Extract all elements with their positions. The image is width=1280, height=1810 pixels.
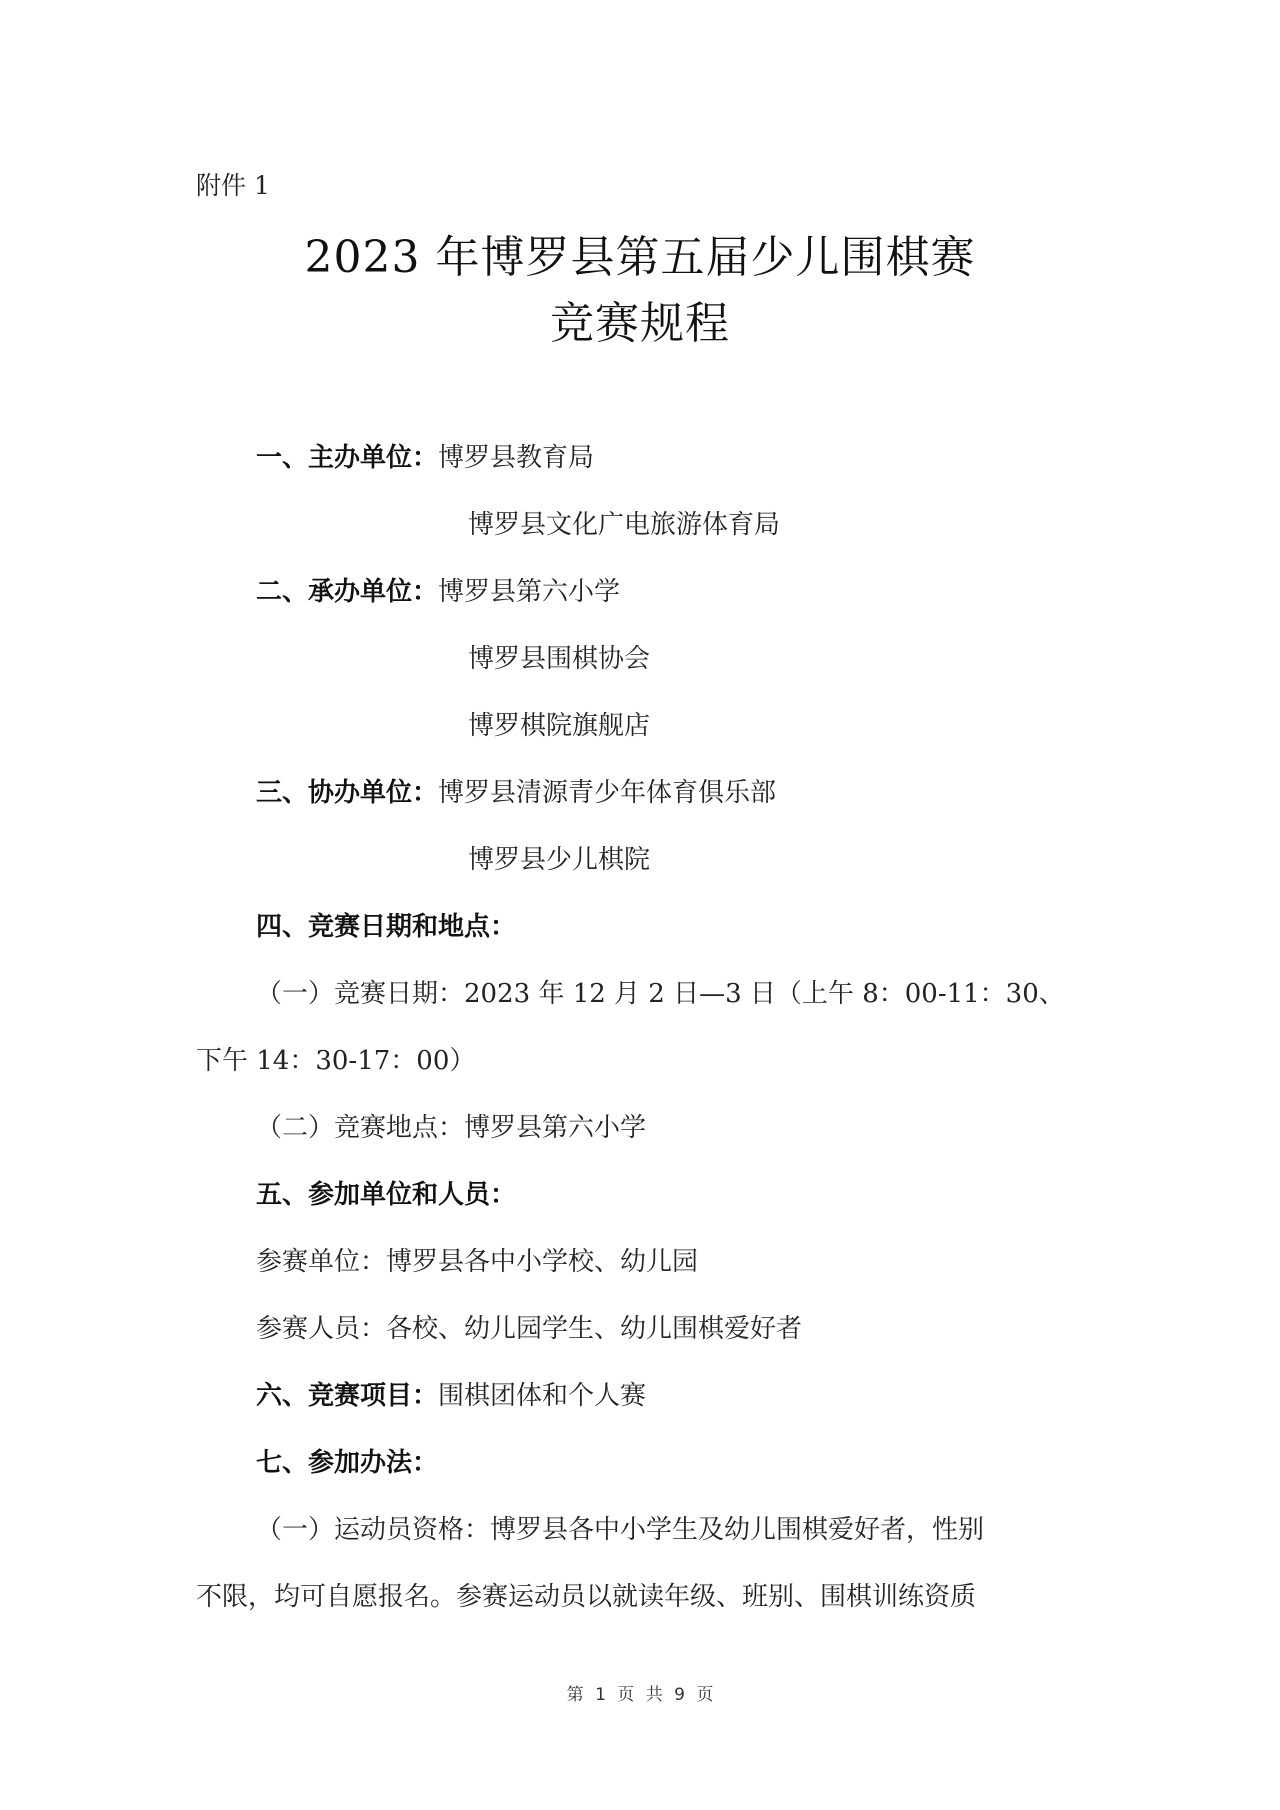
section-1-value-2: 博罗县文化广电旅游体育局	[468, 505, 780, 545]
section-6-heading: 六、竞赛项目：	[256, 1381, 438, 1411]
section-5-units: 参赛单位：博罗县各中小学校、幼儿园	[256, 1242, 698, 1282]
section-2-value-1: 博罗县第六小学	[438, 577, 620, 607]
section-7-para-line-2: 不限，均可自愿报名。参赛运动员以就读年级、班别、围棋训练资质	[196, 1577, 976, 1617]
section-4-date-line-2: 下午 14：30-17：00）	[196, 1041, 475, 1081]
section-2-row: 二、承办单位：博罗县第六小学	[256, 572, 620, 612]
page-number-footer: 第 1 页 共 9 页	[0, 1680, 1280, 1705]
document-title: 2023 年博罗县第五届少儿围棋赛	[0, 228, 1280, 288]
section-2-value-2: 博罗县围棋协会	[468, 639, 650, 679]
section-4-heading: 四、竞赛日期和地点：	[256, 907, 516, 947]
section-2-value-3: 博罗棋院旗舰店	[468, 706, 650, 746]
section-5-people: 参赛人员：各校、幼儿园学生、幼儿围棋爱好者	[256, 1309, 802, 1349]
section-4-venue: （二）竞赛地点：博罗县第六小学	[256, 1108, 646, 1148]
section-3-value-2: 博罗县少儿棋院	[468, 840, 650, 880]
section-1-heading: 一、主办单位：	[256, 443, 438, 473]
section-3-row: 三、协办单位：博罗县清源青少年体育俱乐部	[256, 773, 776, 813]
section-2-heading: 二、承办单位：	[256, 577, 438, 607]
section-1-value-1: 博罗县教育局	[438, 443, 594, 473]
section-3-heading: 三、协办单位：	[256, 778, 438, 808]
section-1-row: 一、主办单位：博罗县教育局	[256, 438, 594, 478]
attachment-label: 附件 1	[196, 168, 270, 204]
section-7-para-line-1: （一）运动员资格：博罗县各中小学生及幼儿围棋爱好者，性别	[256, 1510, 984, 1550]
section-5-heading: 五、参加单位和人员：	[256, 1175, 516, 1215]
section-6-row: 六、竞赛项目：围棋团体和个人赛	[256, 1376, 646, 1416]
document-page: 附件 1 2023 年博罗县第五届少儿围棋赛 竞赛规程 一、主办单位：博罗县教育…	[0, 0, 1280, 1810]
section-3-value-1: 博罗县清源青少年体育俱乐部	[438, 778, 776, 808]
section-7-heading: 七、参加办法：	[256, 1443, 438, 1483]
section-4-date-line-1: （一）竞赛日期：2023 年 12 月 2 日—3 日（上午 8：00-11：3…	[256, 974, 1065, 1014]
document-subtitle: 竞赛规程	[0, 294, 1280, 354]
section-6-value: 围棋团体和个人赛	[438, 1381, 646, 1411]
